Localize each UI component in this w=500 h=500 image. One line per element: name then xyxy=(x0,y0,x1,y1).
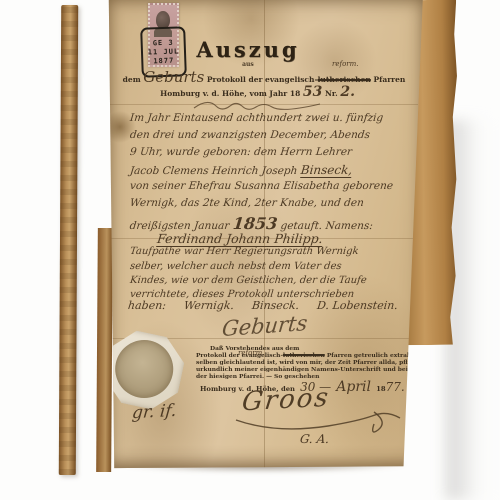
struck-word-lutherischen: lutherischen xyxy=(318,75,371,84)
header-line-2: Homburg v. d. Höhe, vom Jahr 18 53 Nr. 2… xyxy=(104,84,411,100)
handwritten-year: 77. xyxy=(386,380,405,394)
photo-scene: GE 3 11 JUL 1877 Auszug aus dem Geburts … xyxy=(0,0,500,500)
embossed-seal-icon xyxy=(110,335,179,404)
entry-line: den drei und zwanzigsten December, Abend… xyxy=(129,129,370,141)
document-title: Auszug xyxy=(104,37,392,62)
attestation-line2-post: Pfarren getreulich extrahirt und dem- xyxy=(327,352,453,359)
signature-flourish xyxy=(234,408,404,434)
handwritten-flourish xyxy=(192,100,322,112)
attestation-line: urkundlich meiner eigenhändigen Namens-U… xyxy=(196,366,378,373)
header-line1-suffix: Pfarren xyxy=(373,75,405,84)
signature-wernigk: Wernigk. xyxy=(183,299,234,312)
child-name-underlined: Ferdinand Johann Philipp. xyxy=(103,231,377,246)
handwritten-year-53: 53 xyxy=(303,84,322,100)
witness-line: selber, welcher auch nebst dem Vater des xyxy=(129,261,342,272)
clerk-paraph: gr. if. xyxy=(131,401,177,423)
header-line1-prefix: dem xyxy=(123,75,141,84)
signature-lobenstein: D. Lobenstein. xyxy=(316,299,398,312)
entry-line: von seiner Ehefrau Susanna Elisabetha ge… xyxy=(129,180,393,192)
attestation-inserted-reform: reform. xyxy=(238,349,265,357)
entry-line: Jacob Clemens Heinrich Joseph Binseck, xyxy=(129,163,353,177)
witness-signatures-row: haben: Wernigk. Binseck. D. Lobenstein. xyxy=(127,299,408,312)
wood-board-left-edge xyxy=(96,228,113,472)
attestation-struck-word: lutherischen xyxy=(283,352,325,359)
header-line1-mid: Protokoll der evangelisch- xyxy=(207,75,318,84)
attestation-line: selben gleichlautend ist, wird von mir, … xyxy=(196,359,378,366)
aged-document-paper: GE 3 11 JUL 1877 Auszug aus dem Geburts … xyxy=(104,0,424,470)
father-name: Jacob Clemens Heinrich Joseph xyxy=(129,165,298,177)
header-line2-nr-label: Nr. xyxy=(325,89,338,98)
child-name-text: Ferdinand Johann Philipp. xyxy=(156,231,323,247)
header-line2-prefix: Homburg v. d. Höhe, vom Jahr 18 xyxy=(160,89,300,98)
inserted-word-reform: reform. xyxy=(332,60,359,68)
attestation-line: Daß Vorstehendes aus dem xyxy=(210,345,378,352)
haben-label: haben: xyxy=(127,299,166,312)
handwritten-nr-2: 2. xyxy=(340,84,355,100)
entry-line: Im Jahr Eintausend achthundert zwei u. f… xyxy=(129,112,383,124)
pastor-initials: G. A. xyxy=(299,432,330,446)
attestation-line: Protokoll der evangelisch-lutherischen P… xyxy=(196,352,378,359)
printed-century: 18 xyxy=(376,385,385,393)
father-surname-underlined: Binseck, xyxy=(300,163,353,178)
entry-line: 9 Uhr, wurde geboren: dem Herrn Lehrer xyxy=(129,146,352,158)
signature-binseck: Binseck. xyxy=(251,299,300,312)
witness-line: Kindes, wie vor dem Geistlichen, der die… xyxy=(129,275,367,286)
wooden-stick-left xyxy=(59,5,78,475)
entry-line: Wernigk, das 2te Kind, 2ter Knabe, und d… xyxy=(129,197,364,209)
large-handwritten-insertion: Geburts xyxy=(221,311,309,341)
witness-line: Taufpathe war Herr Regierungsrath Wernig… xyxy=(129,246,359,257)
handwritten-month: April xyxy=(336,379,371,395)
